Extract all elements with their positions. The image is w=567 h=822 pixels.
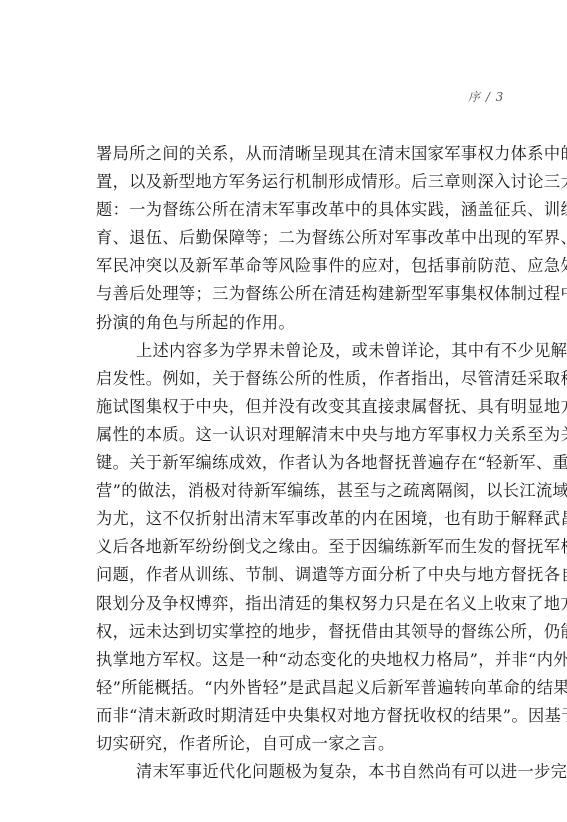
text-line: 施试图集权于中央，但并没有改变其直接隶属督抚、具有明显地方性 bbox=[96, 393, 498, 421]
text-line: 而非“清末新政时期清廷中央集权对地方督抚收权的结果”。因基于 bbox=[96, 702, 498, 730]
text-line: 执掌地方军权。这是一种“动态变化的央地权力格局”，并非“内外皆 bbox=[96, 646, 498, 674]
running-head: 序 / 3 bbox=[468, 88, 504, 105]
body-text: 署局所之间的关系，从而清晰呈现其在清末国家军事权力体系中的位置，以及新型地方军务… bbox=[96, 140, 498, 786]
text-line: 启发性。例如，关于督练公所的性质，作者指出，尽管清廷采取种种措 bbox=[96, 365, 498, 393]
text-line: 扮演的角色与所起的作用。 bbox=[96, 309, 498, 337]
text-line: 上述内容多为学界未曾论及，或未曾详论，其中有不少见解极具 bbox=[96, 337, 498, 365]
text-line: 军民冲突以及新军革命等风险事件的应对，包括事前防范、应急处置 bbox=[96, 252, 498, 280]
text-line: 题：一为督练公所在清末军事改革中的具体实践，涵盖征兵、训练、教 bbox=[96, 196, 498, 224]
text-line: 问题，作者从训练、节制、调遣等方面分析了中央与地方督抚各自的权 bbox=[96, 561, 498, 589]
text-line: 署局所之间的关系，从而清晰呈现其在清末国家军事权力体系中的位 bbox=[96, 140, 498, 168]
text-line: 置，以及新型地方军务运行机制形成情形。后三章则深入讨论三大议 bbox=[96, 168, 498, 196]
text-line: 营”的做法，消极对待新军编练，甚至与之疏离隔阂，以长江流域督抚 bbox=[96, 477, 498, 505]
text-line: 清末军事近代化问题极为复杂，本书自然尚有可以进一步完善之 bbox=[96, 758, 498, 786]
text-line: 为尤，这不仅折射出清末军事改革的内在困境，也有助于解释武昌起 bbox=[96, 505, 498, 533]
text-line: 育、退伍、后勤保障等；二为督练公所对军事改革中出现的军界、军警、 bbox=[96, 224, 498, 252]
text-line: 属性的本质。这一认识对理解清末中央与地方军事权力关系至为关 bbox=[96, 421, 498, 449]
text-line: 轻”所能概括。“内外皆轻”是武昌起义后新军普遍转向革命的结果， bbox=[96, 674, 498, 702]
text-line: 键。关于新军编练成效，作者认为各地督抚普遍存在“轻新军、重防 bbox=[96, 449, 498, 477]
text-line: 与善后处理等；三为督练公所在清廷构建新型军事集权体制过程中所 bbox=[96, 280, 498, 308]
text-line: 权，远未达到切实掌控的地步，督抚借由其领导的督练公所，仍能有效 bbox=[96, 618, 498, 646]
text-line: 义后各地新军纷纷倒戈之缘由。至于因编练新军而生发的督抚军权 bbox=[96, 533, 498, 561]
text-line: 限划分及争权博弈，指出清廷的集权努力只是在名义上收束了地方军 bbox=[96, 590, 498, 618]
text-line: 切实研究，作者所论，自可成一家之言。 bbox=[96, 730, 498, 758]
